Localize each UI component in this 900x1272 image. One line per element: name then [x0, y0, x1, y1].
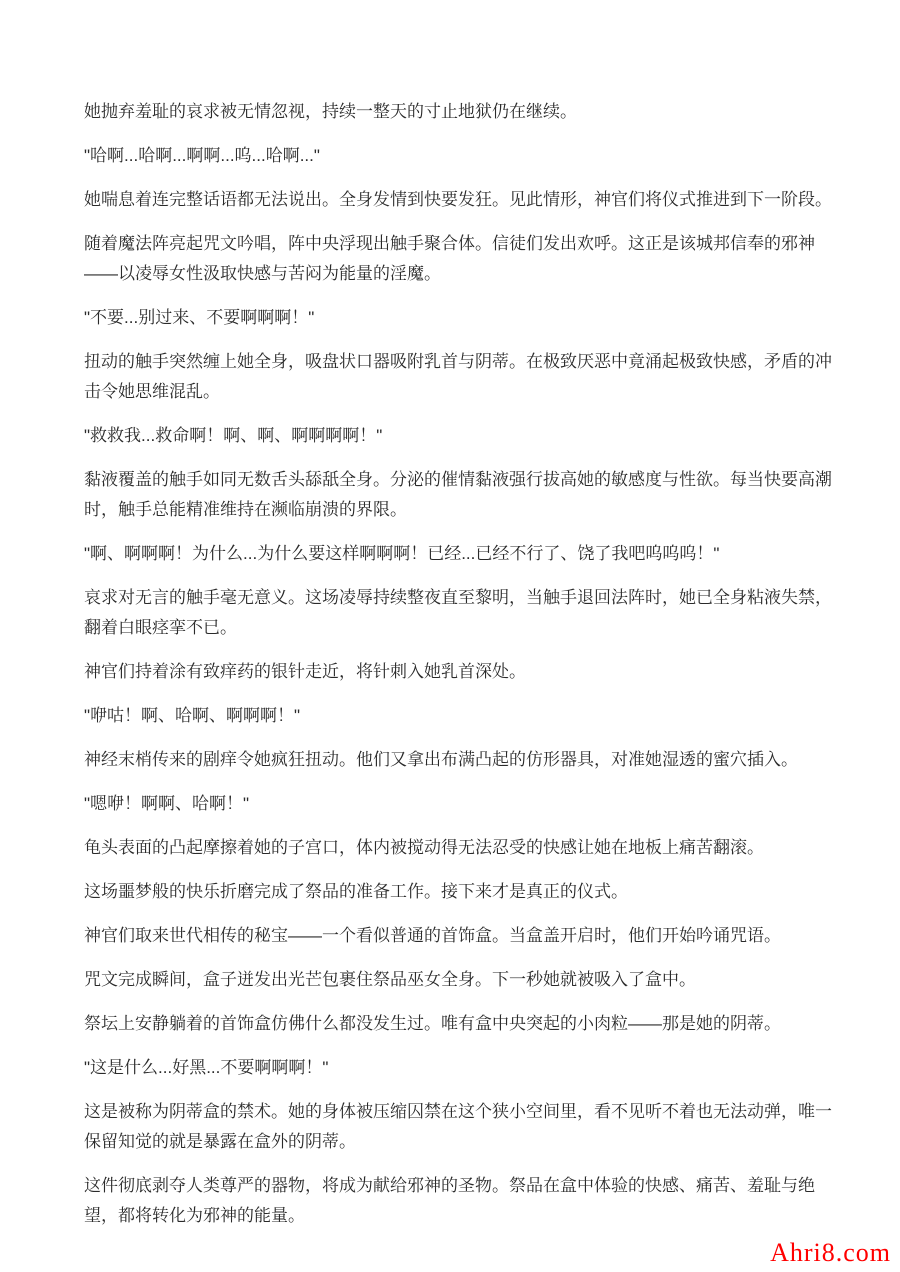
story-paragraph: 祭坛上安静躺着的首饰盒仿佛什么都没发生过。唯有盒中央突起的小肉粒——那是她的阴蒂…: [84, 1009, 842, 1039]
document-page: 她抛弃羞耻的哀求被无情忽视，持续一整天的寸止地狱仍在继续。 "哈啊...哈啊..…: [0, 0, 900, 1272]
story-paragraph: 扭动的触手突然缠上她全身，吸盘状口器吸附乳首与阴蒂。在极致厌恶中竟涌起极致快感，…: [84, 347, 842, 407]
story-paragraph: 龟头表面的凸起摩擦着她的子宫口，体内被搅动得无法忍受的快感让她在地板上痛苦翻滚。: [84, 833, 842, 863]
story-paragraph: 随着魔法阵亮起咒文吟唱，阵中央浮现出触手聚合体。信徒们发出欢呼。这正是该城邦信奉…: [84, 229, 842, 289]
story-paragraph: 神官们取来世代相传的秘宝——一个看似普通的首饰盒。当盒盖开启时，他们开始吟诵咒语…: [84, 921, 842, 951]
story-paragraph: "啊、啊啊啊！为什么...为什么要这样啊啊啊！已经...已经不行了、饶了我吧呜呜…: [84, 539, 842, 569]
story-paragraph: 这是被称为阴蒂盒的禁术。她的身体被压缩囚禁在这个狭小空间里，看不见听不着也无法动…: [84, 1097, 842, 1157]
story-paragraph: 神经末梢传来的剧痒令她疯狂扭动。他们又拿出布满凸起的仿形器具，对准她湿透的蜜穴插…: [84, 745, 842, 775]
story-paragraph: 神官们持着涂有致痒药的银针走近，将针刺入她乳首深处。: [84, 657, 842, 687]
story-text: 她抛弃羞耻的哀求被无情忽视，持续一整天的寸止地狱仍在继续。 "哈啊...哈啊..…: [84, 97, 842, 1245]
story-paragraph: "救救我...救命啊！啊、啊、啊啊啊啊！": [84, 421, 842, 451]
story-paragraph: 黏液覆盖的触手如同无数舌头舔舐全身。分泌的催情黏液强行拔高她的敏感度与性欲。每当…: [84, 465, 842, 525]
site-watermark: Ahri8.com: [770, 1238, 891, 1268]
story-paragraph: 她喘息着连完整话语都无法说出。全身发情到快要发狂。见此情形，神官们将仪式推进到下…: [84, 185, 842, 215]
story-paragraph: 哀求对无言的触手毫无意义。这场凌辱持续整夜直至黎明，当触手退回法阵时，她已全身粘…: [84, 583, 842, 643]
story-paragraph: 这件彻底剥夺人类尊严的器物，将成为献给邪神的圣物。祭品在盒中体验的快感、痛苦、羞…: [84, 1171, 842, 1231]
story-paragraph: 咒文完成瞬间，盒子迸发出光芒包裹住祭品巫女全身。下一秒她就被吸入了盒中。: [84, 965, 842, 995]
story-paragraph: "咿咕！啊、哈啊、啊啊啊！": [84, 701, 842, 731]
story-paragraph: "这是什么...好黑...不要啊啊啊！": [84, 1053, 842, 1083]
story-paragraph: 她抛弃羞耻的哀求被无情忽视，持续一整天的寸止地狱仍在继续。: [84, 97, 842, 127]
story-paragraph: "不要...别过来、不要啊啊啊！": [84, 303, 842, 333]
story-paragraph: "哈啊...哈啊...啊啊...呜...哈啊...": [84, 141, 842, 171]
story-paragraph: 这场噩梦般的快乐折磨完成了祭品的准备工作。接下来才是真正的仪式。: [84, 877, 842, 907]
story-paragraph: "嗯咿！啊啊、哈啊！": [84, 789, 842, 819]
